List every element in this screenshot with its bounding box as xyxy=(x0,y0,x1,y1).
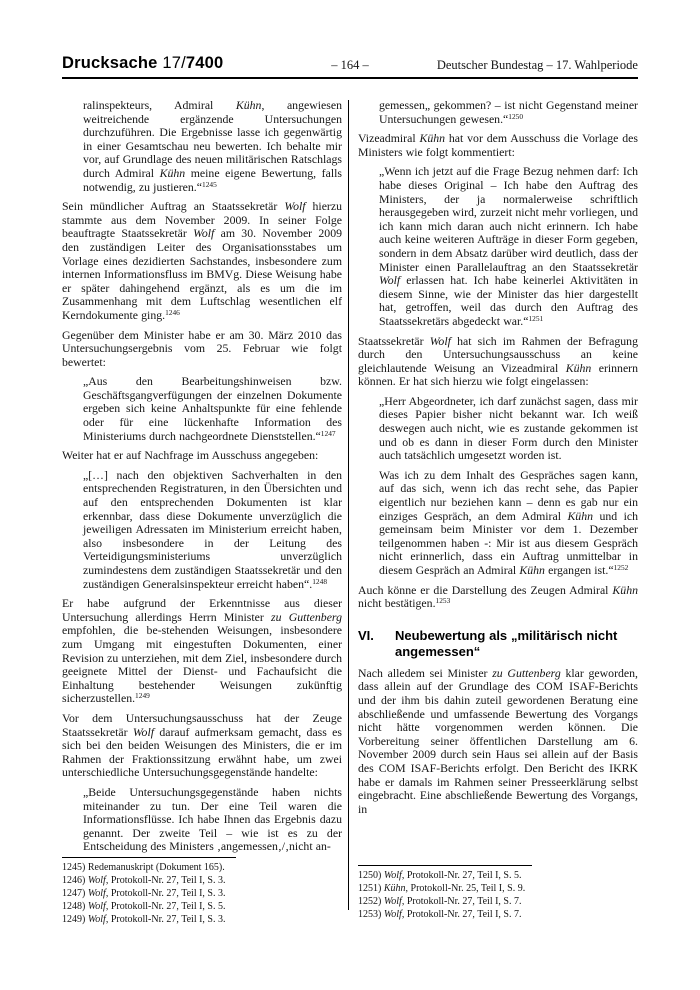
footnote-ref: 1253 xyxy=(436,596,451,605)
quote-block: „Wenn ich jetzt auf die Frage Bezug nehm… xyxy=(358,165,638,328)
footnote-ref: 1252 xyxy=(614,563,629,572)
section-heading: VI.Neubewertung als „militärisch nicht a… xyxy=(358,628,638,660)
page-header: Drucksache 17/7400 – 164 – Deutscher Bun… xyxy=(62,54,638,76)
quote-block: gemessen„ gekommen? – ist nicht Gegensta… xyxy=(358,99,638,126)
footnote: 1246) Wolf, Protokoll-Nr. 27, Teil I, S.… xyxy=(62,875,344,888)
quote-block: „Aus den Bearbeitungshinweisen bzw. Gesc… xyxy=(62,375,342,443)
footnote-ref: 1251 xyxy=(528,314,543,323)
section-title: Neubewertung als „militärisch nicht ange… xyxy=(395,628,638,660)
section-number: VI. xyxy=(358,628,395,660)
left-footnotes: 1245) Redemanuskript (Dokument 165).1246… xyxy=(62,857,344,927)
footnote-number: 1253) xyxy=(358,909,384,920)
header-edition: Deutscher Bundestag – 17. Wahlperiode xyxy=(437,58,638,73)
footnote-number: 1247) xyxy=(62,888,88,899)
footnote: 1247) Wolf, Protokoll-Nr. 27, Teil I, S.… xyxy=(62,888,344,901)
paragraph: Staatssekretär Wolf hat sich im Rahmen d… xyxy=(358,335,638,389)
paragraph: Vor dem Untersuchungsausschuss hat der Z… xyxy=(62,712,342,780)
footnote-number: 1249) xyxy=(62,914,88,925)
footnote-number: 1246) xyxy=(62,875,88,886)
column-divider xyxy=(348,100,349,910)
left-column: ralinspekteurs, Admiral Kühn, angewiesen… xyxy=(62,99,342,860)
quote-block: „Herr Abgeordneter, ich darf zunächst sa… xyxy=(358,395,638,463)
quote-block: Was ich zu dem Inhalt des Gespräches sag… xyxy=(358,469,638,578)
footnote-ref: 1247 xyxy=(321,429,336,438)
footnote-ref: 1245 xyxy=(202,180,217,189)
paragraph: Weiter hat er auf Nachfrage im Ausschuss… xyxy=(62,449,342,463)
footnote: 1248) Wolf, Protokoll-Nr. 27, Teil I, S.… xyxy=(62,901,344,914)
footnote-rule xyxy=(358,865,532,866)
footnote-ref: 1249 xyxy=(135,691,150,700)
paragraph: Auch könne er die Darstellung des Zeugen… xyxy=(358,584,638,611)
quote-block: „Beide Untersuchungsgegenstände haben ni… xyxy=(62,786,342,854)
quote-block: ralinspekteurs, Admiral Kühn, angewiesen… xyxy=(62,99,342,194)
quote-block: „[…] nach den objektiven Sachverhalten i… xyxy=(62,469,342,591)
footnote-number: 1245) xyxy=(62,862,88,873)
footnote-rule xyxy=(62,857,236,858)
footnote-number: 1252) xyxy=(358,896,384,907)
footnote: 1249) Wolf, Protokoll-Nr. 27, Teil I, S.… xyxy=(62,914,344,927)
footnote-ref: 1250 xyxy=(508,112,523,121)
footnote: 1245) Redemanuskript (Dokument 165). xyxy=(62,862,344,875)
footnote-number: 1250) xyxy=(358,870,384,881)
footnote-ref: 1246 xyxy=(165,308,180,317)
footnote: 1252) Wolf, Protokoll-Nr. 27, Teil I, S.… xyxy=(358,896,640,909)
footnote-number: 1248) xyxy=(62,901,88,912)
paragraph: Vizeadmiral Kühn hat vor dem Ausschuss d… xyxy=(358,132,638,159)
paragraph: Nach alledem sei Minister zu Guttenberg … xyxy=(358,667,638,817)
footnote: 1253) Wolf, Protokoll-Nr. 27, Teil I, S.… xyxy=(358,909,640,922)
footnote-number: 1251) xyxy=(358,883,384,894)
right-column: gemessen„ gekommen? – ist nicht Gegensta… xyxy=(358,99,638,822)
footnote-ref: 1248 xyxy=(312,577,327,586)
right-footnotes: 1250) Wolf, Protokoll-Nr. 27, Teil I, S.… xyxy=(358,865,640,922)
document-page: Drucksache 17/7400 – 164 – Deutscher Bun… xyxy=(0,0,700,990)
paragraph: Gegenüber dem Minister habe er am 30. Mä… xyxy=(62,329,342,370)
paragraph: Er habe aufgrund der Erkenntnisse aus di… xyxy=(62,597,342,706)
header-rule xyxy=(62,77,638,79)
footnote: 1250) Wolf, Protokoll-Nr. 27, Teil I, S.… xyxy=(358,870,640,883)
paragraph: Sein mündlicher Auftrag an Staatssekretä… xyxy=(62,200,342,322)
footnote: 1251) Kühn, Protokoll-Nr. 25, Teil I, S.… xyxy=(358,883,640,896)
